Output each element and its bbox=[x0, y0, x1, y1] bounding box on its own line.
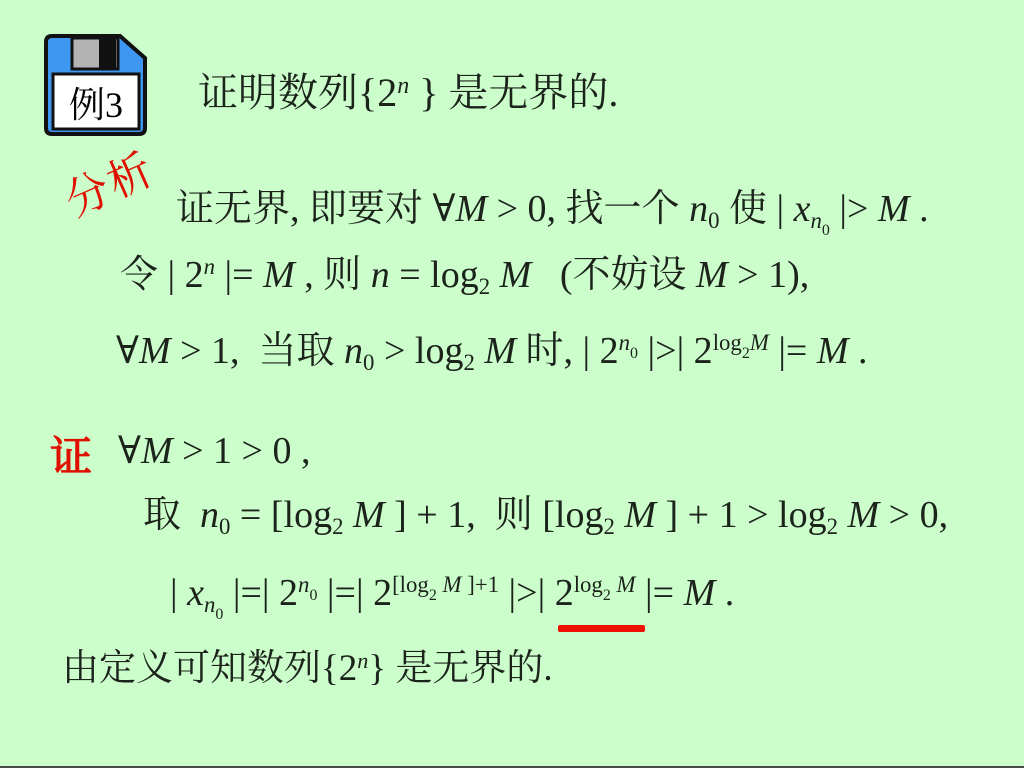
example-number-label: 例3 bbox=[54, 76, 138, 128]
analysis-line-1: 证无界, 即要对 ∀M > 0, 找一个 n0 使 | xn0 |> M . bbox=[176, 188, 929, 232]
conclusion-line: 由定义可知数列{2n} 是无界的. bbox=[62, 648, 553, 691]
example-disk-icon: 例3 bbox=[44, 34, 147, 136]
red-emphasis-underline bbox=[558, 625, 645, 632]
analysis-marker: 分析 bbox=[53, 133, 163, 229]
analysis-line-2: 令 | 2n |= M , 则 n = log2 M (不妨设 M > 1), bbox=[120, 254, 809, 298]
proof-marker: 证 bbox=[50, 424, 92, 484]
proof-line-2: 取 n0 = [log2 M ] + 1, 则 [log2 M ] + 1 > … bbox=[143, 494, 948, 538]
disk-shutter-slot bbox=[99, 39, 116, 68]
slide-title: 证明数列{2n } 是无界的. bbox=[198, 70, 618, 116]
proof-line-1: ∀M > 1 > 0 , bbox=[118, 430, 310, 474]
slide: 例3 证明数列{2n } 是无界的. 分析 证无界, 即要对 ∀M > 0, 找… bbox=[0, 0, 1024, 768]
analysis-line-3: ∀M > 1, 当取 n0 > log2 M 时, | 2n0 |>| 2log… bbox=[116, 330, 868, 374]
proof-line-3: | xn0 |=| 2n0 |=| 2[log2 M ]+1 |>| 2log2… bbox=[170, 572, 734, 616]
